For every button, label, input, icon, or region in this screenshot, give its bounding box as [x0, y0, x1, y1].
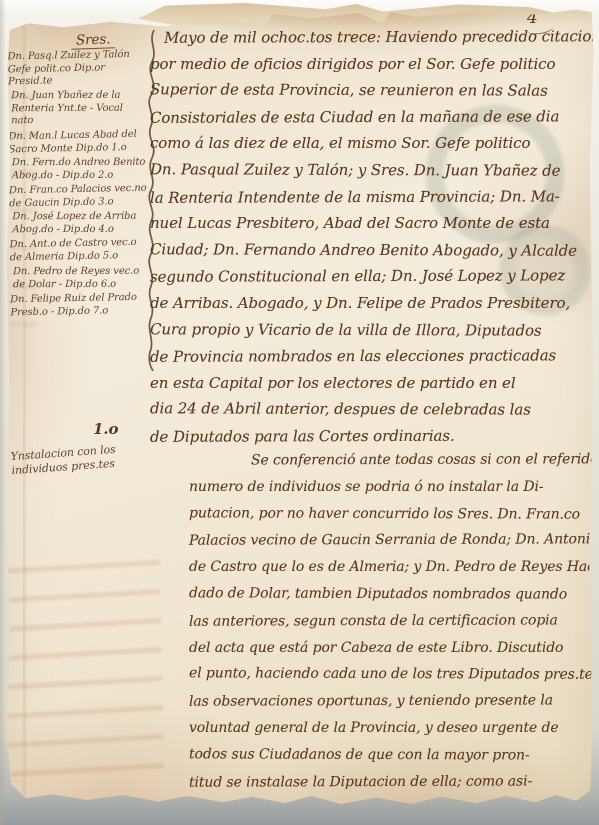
text-line: Ciudad; Dn. Fernando Andreo Benito Aboga… [150, 240, 590, 268]
text-line: las anteriores, segun consta de la certi… [189, 612, 591, 640]
text-line: el punto, haciendo cada uno de los tres … [189, 666, 591, 694]
margin-name-item: Dn. Pedro de Reyes vec.o de Dolar - Dip.… [13, 265, 148, 291]
intro-paragraph: Mayo de mil ochoc.tos trece: Haviendo pr… [150, 28, 590, 454]
text-line: titud se instalase la Diputacion de ella… [189, 773, 591, 801]
text-line: todos sus Ciudadanos de que con la mayor… [189, 746, 591, 774]
text-line: Se conferenció ante todas cosas si con e… [189, 451, 591, 479]
photo-background: 4 Sres. Dn. Pasq.l Zuilez y Talón Gefe p… [0, 0, 599, 825]
text-line: Dn. Pasqual Zuilez y Talón; y Sres. Dn. … [150, 160, 590, 188]
text-line: putacion, por no haver concurrido los Sr… [189, 505, 591, 533]
manuscript-page: 4 Sres. Dn. Pasq.l Zuilez y Talón Gefe p… [5, 4, 594, 812]
text-line: numero de individuos se podria ó no inst… [189, 479, 591, 506]
text-line: de Provincia nombrados en las elecciones… [150, 346, 590, 374]
text-line: nuel Lucas Presbitero, Abad del Sacro Mo… [150, 214, 590, 241]
margin-names-list: Dn. Pasq.l Zuilez y Talón Gefe polit.co … [8, 49, 149, 320]
margin-name-item: Dn. Juan Ybañez de la Renteria Ynt.te - … [11, 90, 146, 128]
margin-name-item: Dn. Man.l Lucas Abad del Sacro Monte Dip… [8, 128, 146, 156]
text-line: en esta Capital por los electores de par… [150, 374, 590, 401]
text-line: de Diputados para las Cortes ordinarias. [150, 426, 590, 454]
text-line: Cura propio y Vicario de la villa de Ill… [150, 320, 590, 348]
text-line: Consistoriales de esta Ciudad en la maña… [150, 107, 590, 135]
section1-paragraph: Se conferenció ante todas cosas si con e… [189, 452, 591, 800]
margin-name-item: Dn. Pasq.l Zuilez y Talón Gefe polit.co … [7, 49, 146, 89]
margin-name-item: Dn. Fern.do Andreo Benito Abog.do - Dip.… [12, 156, 147, 182]
margin-heading: Sres. [71, 31, 116, 50]
bleed-through-text [5, 550, 165, 785]
margin-name-item: Dn. Fran.co Palacios vec.no de Gaucin Di… [9, 183, 147, 211]
text-line: la Renteria Intendente de la misma Provi… [150, 187, 590, 215]
text-line: voluntad general de la Provincia, y dese… [189, 720, 591, 747]
text-line: dado de Dolar, tambien Diputados nombrad… [189, 585, 591, 613]
text-line: de Castro que lo es de Almeria; y Dn. Pe… [189, 559, 591, 586]
margin-name-item: Dn. Ant.o de Castro vec.o de Almeria Dip… [9, 237, 147, 265]
text-line: como á las diez de ella, el mismo Sor. G… [150, 134, 590, 161]
text-line: del acta que está por Cabeza de este Lib… [189, 640, 591, 667]
text-line: de Arribas. Abogado, y Dn. Felipe de Pra… [150, 294, 590, 321]
section-number: 1.o [93, 420, 118, 438]
text-line: las observaciones oportunas, y teniendo … [189, 692, 591, 720]
text-line: Superior de esta Provincia, se reunieron… [150, 80, 590, 108]
margin-note: Ynstalacion con los individuos pres.tes [10, 440, 160, 478]
text-line: Mayo de mil ochoc.tos trece: Haviendo pr… [150, 27, 590, 55]
margin-name-item: Dn. Felipe Ruiz del Prado Presb.o - Dip.… [10, 291, 148, 319]
text-line: por medio de oficios dirigidos por el So… [150, 55, 590, 82]
text-line: segundo Constitucional en ella; Dn. José… [150, 267, 590, 295]
text-line: dia 24 de Abril anterior, despues de cel… [150, 400, 590, 428]
margin-name-item: Dn. José Lopez de Arriba Abog.do - Dip.d… [12, 211, 147, 237]
text-line: Palacios vecino de Gaucin Serrania de Ro… [189, 532, 591, 560]
